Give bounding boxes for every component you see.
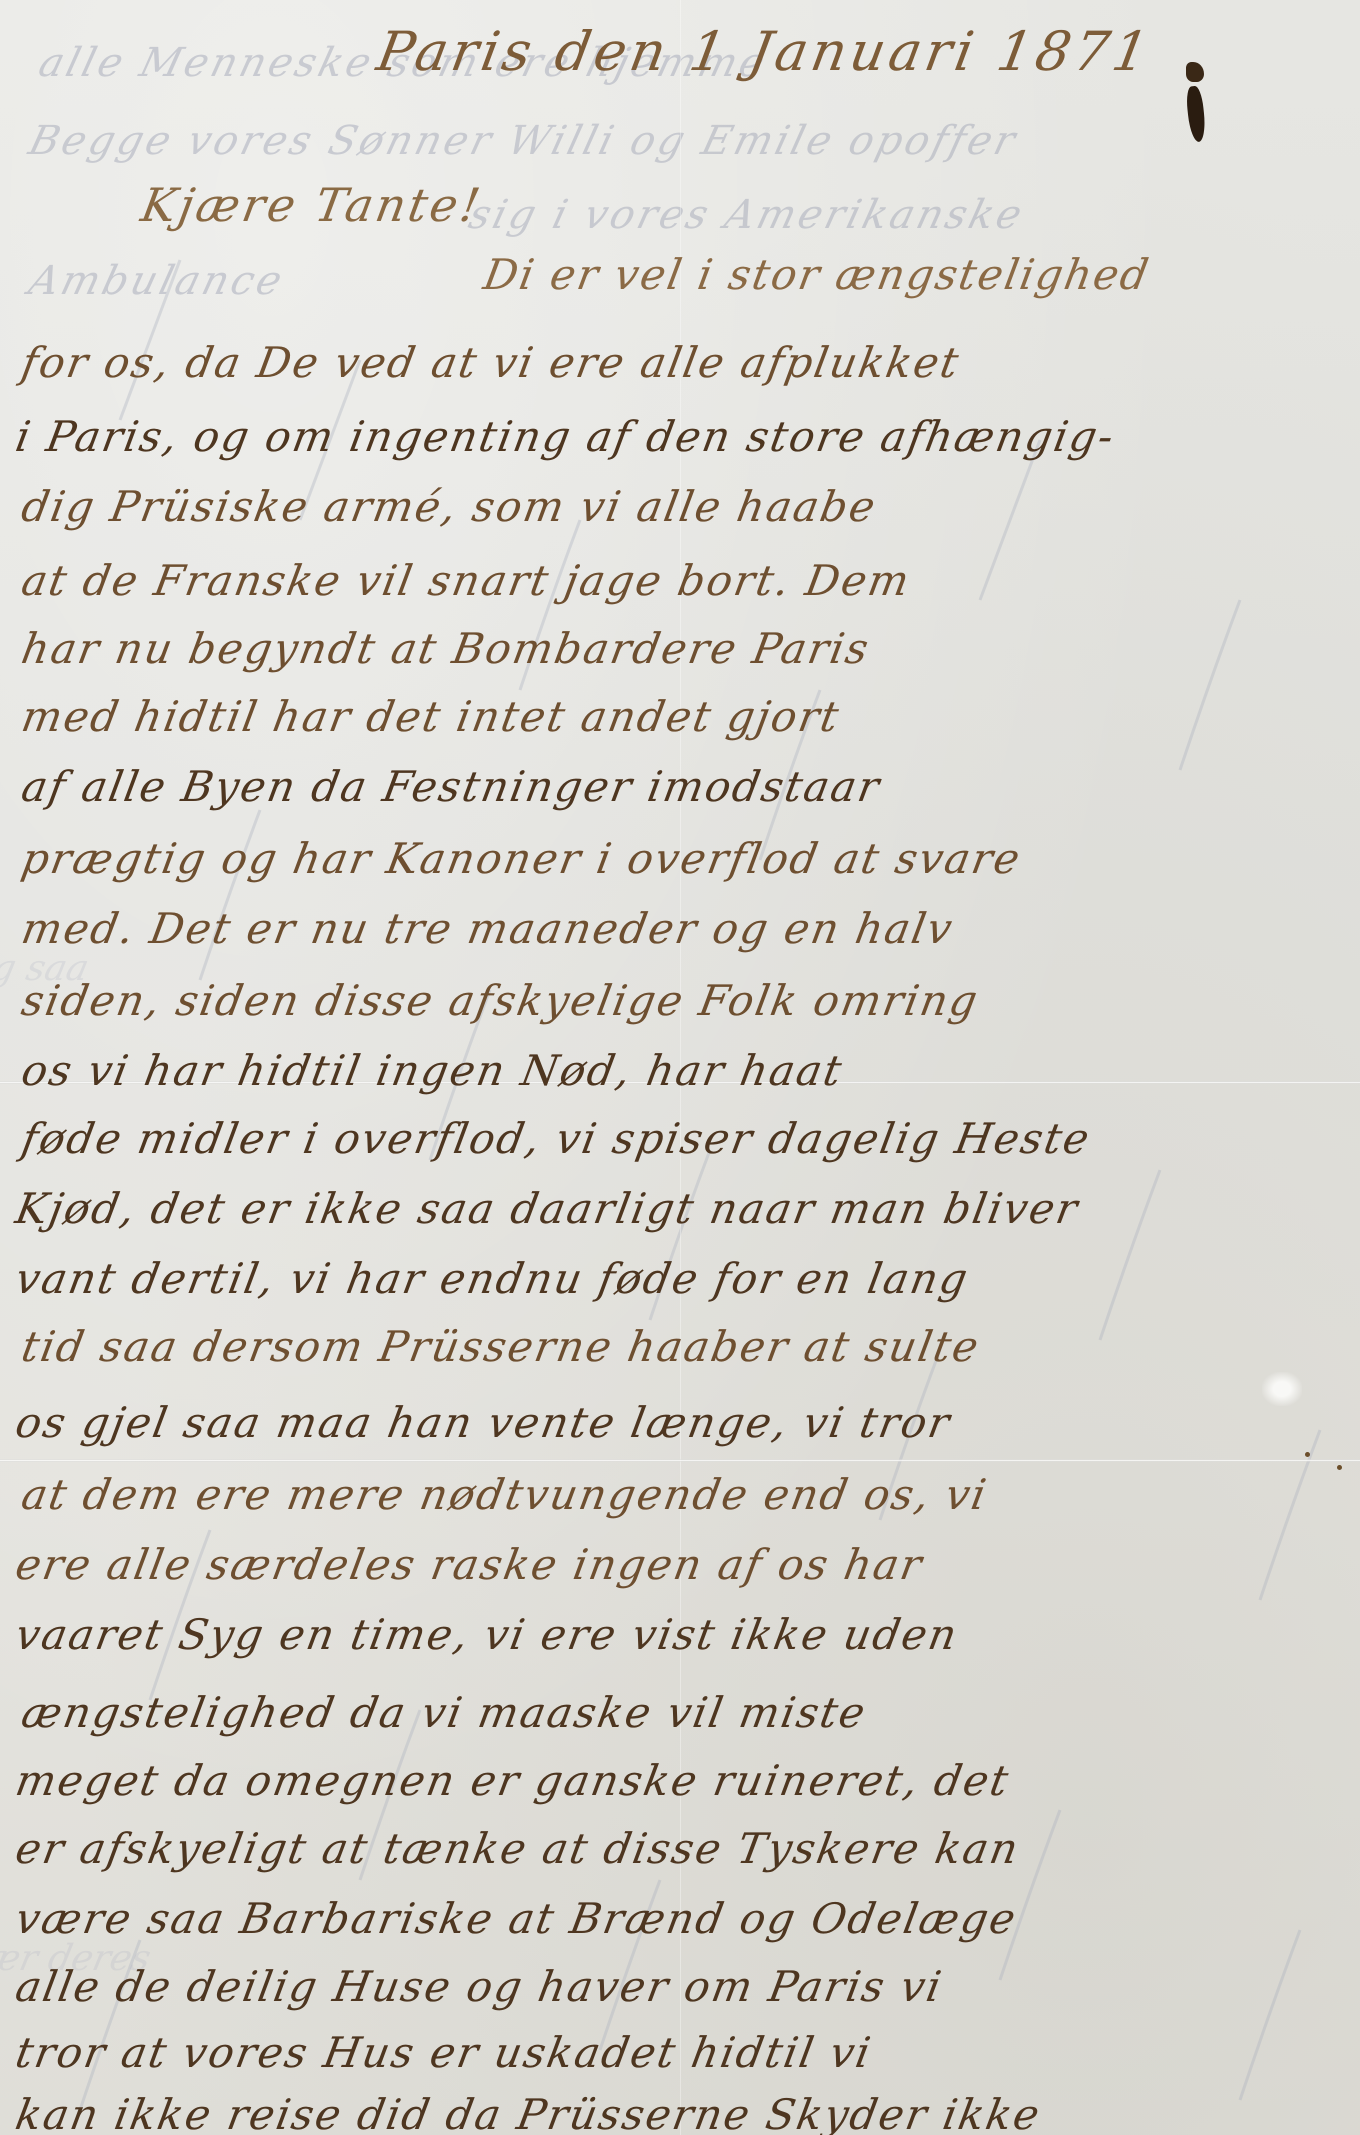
letter-line: Di er vel i stor ængstelighed (480, 250, 1154, 299)
date-line: Paris den 1 Januari 1871 (372, 20, 1156, 83)
letter-line: at de Franske vil snart jage bort. Dem (18, 556, 915, 605)
letter-page: alle Menneske som ere hjemme Begge vores… (0, 0, 1360, 2135)
letter-line: ængstelighed da vi maaske vil miste (18, 1688, 871, 1737)
letter-line: meget da omegnen er ganske ruineret, det (12, 1756, 1014, 1805)
ink-blot (1185, 85, 1207, 142)
letter-line: vant dertil, vi har endnu føde for en la… (12, 1254, 973, 1303)
ink-blot (1186, 62, 1204, 82)
letter-line: har nu begyndt at Bombardere Paris (18, 624, 874, 673)
letter-line: af alle Byen da Festninger imodstaar (18, 762, 885, 811)
salutation: Kjære Tante! (137, 178, 487, 232)
letter-line: ere alle særdeles raske ingen af os har (12, 1540, 927, 1589)
letter-line: med hidtil har det intet andet gjort (18, 692, 844, 741)
letter-line: os gjel saa maa han vente længe, vi tror (12, 1398, 955, 1447)
letter-line: med. Det er nu tre maaneder og en halv (18, 904, 958, 953)
letter-line: siden, siden disse afskyelige Folk omrin… (18, 976, 983, 1025)
letter-line: vaaret Syg en time, vi ere vist ikke ude… (12, 1610, 962, 1659)
ink-speck (1337, 1465, 1342, 1470)
letter-line: er afskyeligt at tænke at disse Tyskere … (12, 1824, 1024, 1873)
ink-speck (1305, 1452, 1310, 1457)
letter-line: dig Prüsiske armé, som vi alle haabe (18, 482, 881, 531)
letter-line: tror at vores Hus er uskadet hidtil vi (12, 2028, 876, 2077)
letter-line: at dem ere mere nødtvungende end os, vi (18, 1470, 992, 1519)
letter-line: tid saa dersom Prüsserne haaber at sulte (18, 1322, 984, 1371)
letter-line: for os, da De ved at vi ere alle afplukk… (18, 338, 964, 387)
letter-line: kan ikke reise did da Prüsserne Skyder i… (12, 2090, 1045, 2135)
letter-line: prægtig og har Kanoner i overflod at sva… (18, 834, 1025, 883)
letter-line: føde midler i overflod, vi spiser dageli… (18, 1114, 1095, 1163)
letter-content: Paris den 1 Januari 1871 Kjære Tante! Di… (0, 0, 1360, 2135)
letter-line: alle de deilig Huse og haver om Paris vi (12, 1962, 947, 2011)
letter-line: i Paris, og om ingenting af den store af… (12, 412, 1119, 461)
letter-line: os vi har hidtil ingen Nød, har haat (18, 1046, 847, 1095)
letter-line: Kjød, det er ikke saa daarligt naar man … (12, 1184, 1083, 1233)
paper-damage (1262, 1372, 1302, 1406)
letter-line: være saa Barbariske at Brænd og Odelæge (12, 1894, 1021, 1943)
